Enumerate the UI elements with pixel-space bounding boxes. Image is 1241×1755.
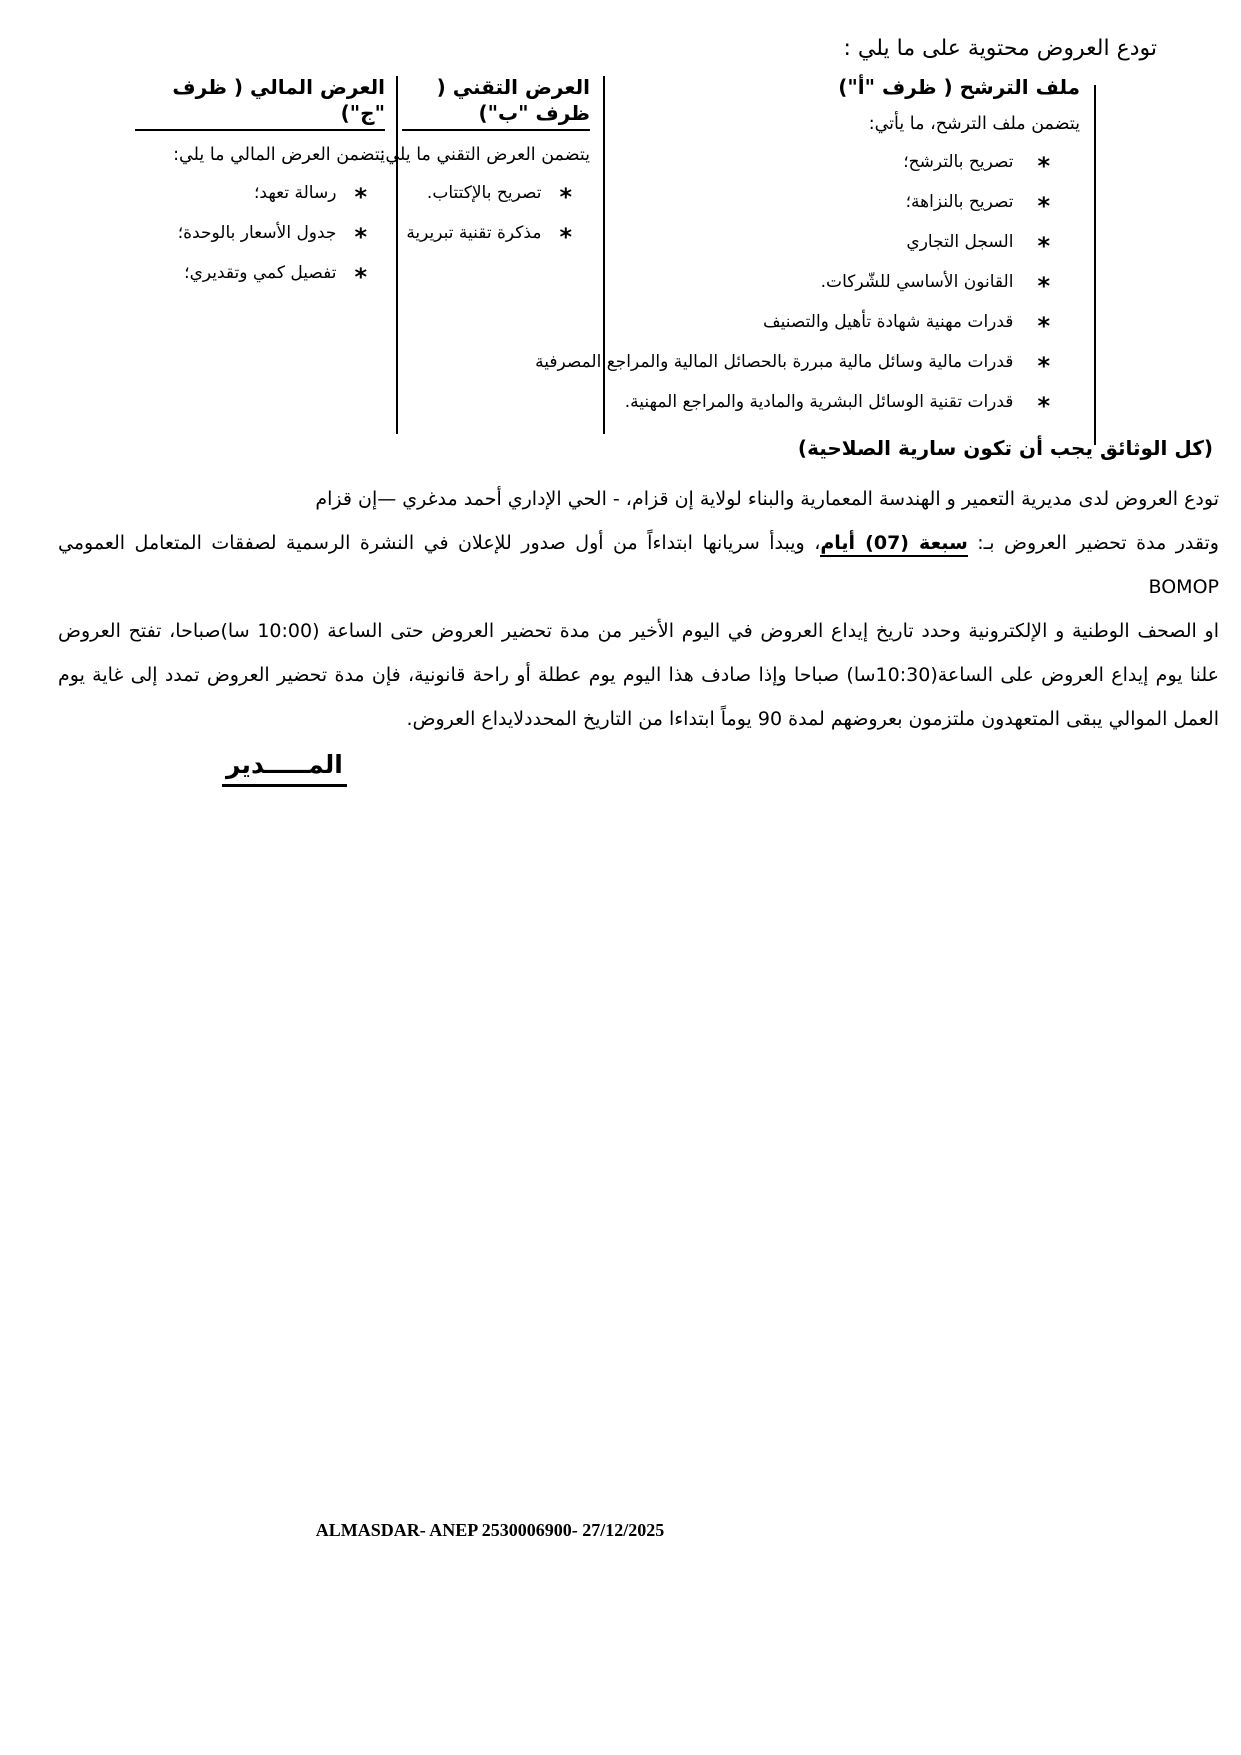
list-item-label: مذكرة تقنية تبريرية — [406, 223, 541, 243]
list-item: * تصريح بالإكتتاب. — [402, 173, 590, 213]
list-item-label: رسالة تعهد؛ — [254, 183, 336, 203]
asterisk-bullet-icon: * — [559, 227, 572, 247]
list-item: * تصريح بالنزاهة؛ — [620, 182, 1080, 222]
asterisk-bullet-icon: * — [1037, 276, 1050, 296]
column-a-subtitle: يتضمن ملف الترشح، ما يأتي: — [620, 112, 1080, 136]
column-technical-offer: العرض التقني ( ظرف "ب") يتضمن العرض التق… — [402, 74, 590, 253]
list-item-label: تصريح بالترشح؛ — [903, 152, 1013, 172]
asterisk-bullet-icon: * — [1037, 356, 1050, 376]
paragraph-line-3: او الصحف الوطنية و الإلكترونية وحدد تاري… — [58, 609, 1219, 653]
column-b-subtitle: يتضمن العرض التقني ما يلي: — [402, 143, 590, 167]
asterisk-bullet-icon: * — [559, 187, 572, 207]
list-item: * السجل التجاري — [620, 222, 1080, 262]
asterisk-bullet-icon: * — [1037, 236, 1050, 256]
tender-notice-page: تودع العروض محتوية على ما يلي : ملف التر… — [0, 0, 1241, 1755]
list-item: * قدرات مالية وسائل مالية مبررة بالحصائل… — [620, 342, 1080, 382]
list-item-label: قدرات مالية وسائل مالية مبررة بالحصائل ا… — [535, 352, 1013, 372]
column-a-title: ملف الترشح ( ظرف "أ") — [620, 74, 1080, 100]
asterisk-bullet-icon: * — [1037, 316, 1050, 336]
column-a-right-rule — [1094, 85, 1096, 445]
column-financial-offer: العرض المالي ( ظرف "ج") يتضمن العرض الما… — [135, 74, 385, 293]
column-a-b-divider — [603, 76, 605, 434]
deposit-terms-paragraph: تودع العروض لدى مديرية التعمير و الهندسة… — [58, 477, 1219, 741]
paragraph-line-4: علنا يوم إيداع العروض على الساعة(10:30سا… — [58, 653, 1219, 697]
list-item-label: السجل التجاري — [906, 232, 1013, 252]
preparation-duration-highlight: سبعة (07) أيام — [820, 532, 967, 557]
list-item-label: جدول الأسعار بالوحدة؛ — [178, 223, 337, 243]
director-signature: المـــــدير — [222, 750, 347, 787]
column-candidacy-file: ملف الترشح ( ظرف "أ") يتضمن ملف الترشح، … — [620, 74, 1080, 422]
asterisk-bullet-icon: * — [354, 267, 367, 287]
list-item-label: القانون الأساسي للشّركات. — [821, 272, 1014, 292]
intro-line: تودع العروض محتوية على ما يلي : — [844, 36, 1157, 61]
asterisk-bullet-icon: * — [1037, 396, 1050, 416]
column-b-c-divider — [396, 76, 398, 434]
column-c-title: العرض المالي ( ظرف "ج") — [135, 74, 385, 131]
asterisk-bullet-icon: * — [354, 187, 367, 207]
column-b-title: العرض التقني ( ظرف "ب") — [402, 74, 590, 131]
list-item: * جدول الأسعار بالوحدة؛ — [135, 213, 385, 253]
list-item-label: تصريح بالإكتتاب. — [427, 183, 542, 203]
list-item-label: قدرات مهنية شهادة تأهيل والتصنيف — [763, 312, 1013, 332]
list-item: * قدرات تقنية الوسائل البشرية والمادية و… — [620, 382, 1080, 422]
line2-prefix: وتقدر مدة تحضير العروض بـ: — [968, 532, 1219, 554]
anep-footer: ALMASDAR- ANEP 2530006900- 27/12/2025 — [305, 1520, 675, 1541]
asterisk-bullet-icon: * — [1037, 156, 1050, 176]
list-item-label: تفصيل كمي وتقديري؛ — [184, 263, 336, 283]
paragraph-line-5: العمل الموالي يبقى المتعهدون ملتزمون بعر… — [58, 697, 1219, 741]
paragraph-line-2: وتقدر مدة تحضير العروض بـ: سبعة (07) أيا… — [58, 521, 1219, 609]
list-item-label: تصريح بالنزاهة؛ — [906, 192, 1014, 212]
list-item-label: قدرات تقنية الوسائل البشرية والمادية وال… — [625, 392, 1014, 412]
list-item: * القانون الأساسي للشّركات. — [620, 262, 1080, 302]
asterisk-bullet-icon: * — [1037, 196, 1050, 216]
list-item: * تصريح بالترشح؛ — [620, 142, 1080, 182]
list-item: * مذكرة تقنية تبريرية — [402, 213, 590, 253]
asterisk-bullet-icon: * — [354, 227, 367, 247]
list-item: * رسالة تعهد؛ — [135, 173, 385, 213]
paragraph-line-1: تودع العروض لدى مديرية التعمير و الهندسة… — [58, 477, 1219, 521]
list-item: * تفصيل كمي وتقديري؛ — [135, 253, 385, 293]
list-item: * قدرات مهنية شهادة تأهيل والتصنيف — [620, 302, 1080, 342]
validity-note: (كل الوثائق يجب أن تكون سارية الصلاحية) — [798, 436, 1213, 460]
column-c-subtitle: يتضمن العرض المالي ما يلي: — [135, 143, 385, 167]
